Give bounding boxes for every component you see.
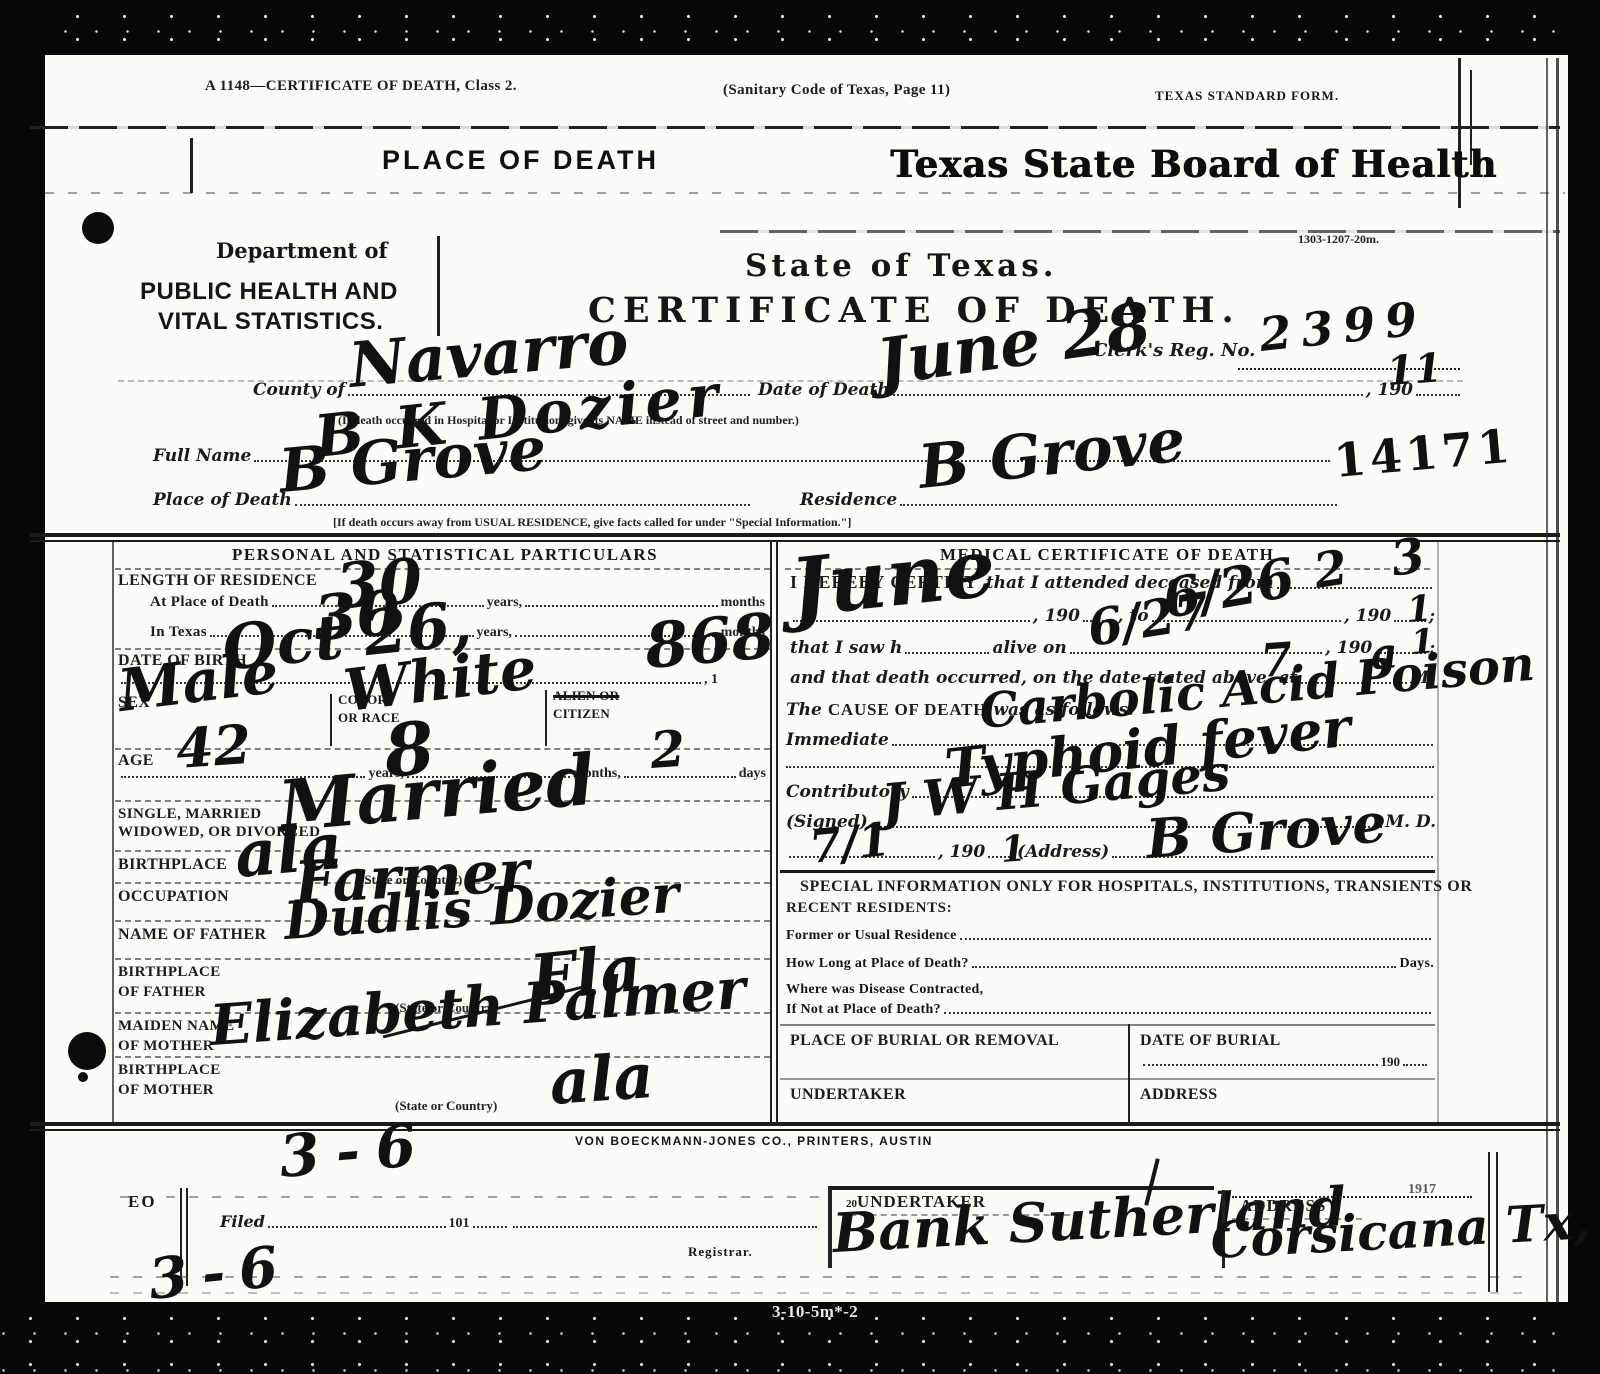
dotted-leader	[972, 964, 1397, 968]
address-col-label: ADDRESS	[1140, 1086, 1218, 1104]
cell-divider	[545, 690, 547, 746]
faint-line	[120, 1196, 820, 1198]
year-190-printed: , 190	[1344, 606, 1391, 626]
scan-edge-top	[0, 0, 1600, 55]
residence-label: Residence	[800, 490, 897, 510]
row-rule	[780, 1024, 1435, 1026]
department-line-2: PUBLIC HEALTH AND	[140, 278, 398, 306]
section-rule	[780, 870, 1435, 873]
year-190-printed: , 190	[938, 842, 985, 862]
year-suffix-handwriting: 1	[999, 830, 1027, 868]
usual-residence-note: [If death occurs away from USUAL RESIDEN…	[333, 515, 851, 530]
mother-bp-handwriting: ala	[548, 1045, 656, 1114]
month-handwriting: June	[787, 527, 999, 628]
days-label: days	[739, 766, 766, 782]
faint-line	[110, 1276, 1530, 1278]
printer-credit: VON BOECKMANN-JONES CO., PRINTERS, AUSTI…	[575, 1134, 933, 1148]
dotted-leader	[1143, 1062, 1378, 1066]
edge-rule-a	[1488, 1152, 1490, 1292]
in-texas-label: In Texas	[150, 624, 207, 641]
dotted-leader	[295, 502, 750, 506]
scan-edge-left	[0, 0, 45, 1310]
contracted-label-2: If Not at Place of Death?	[786, 1002, 941, 1018]
former-residence-label: Former or Usual Residence	[786, 928, 957, 944]
faint-line	[110, 1292, 1530, 1294]
death-year-handwriting: 11	[1385, 348, 1443, 392]
physician-address-handwriting: B Grove	[1144, 795, 1388, 866]
code-3-6-bottom-handwriting: 3-6	[146, 1237, 294, 1308]
dotted-leader	[1403, 1062, 1427, 1066]
burial-cell-divider	[1128, 1024, 1130, 1124]
table-right-edge	[1437, 540, 1439, 1125]
days-suffix-label: Days.	[1399, 956, 1434, 972]
code-3-6-top-handwriting: 3-6	[277, 1115, 434, 1186]
birthplace-label: BIRTHPLACE	[118, 856, 227, 874]
years-label: years,	[487, 595, 522, 611]
dotted-leader	[960, 936, 1431, 940]
father-name-label: NAME OF FATHER	[118, 926, 266, 944]
paper-crease-1	[1546, 58, 1548, 1303]
scratch-line-right	[720, 230, 1560, 233]
tick-mark	[190, 138, 193, 193]
dob-year-handwriting: 868	[643, 605, 777, 678]
alive-on-label: alive on	[992, 638, 1066, 658]
mother-bp-label-2: OF MOTHER	[118, 1082, 214, 1099]
special-info-line-2: RECENT RESIDENTS:	[786, 900, 952, 917]
dotted-leader	[513, 1224, 817, 1228]
table-left-edge	[112, 540, 114, 1125]
board-of-health-heading: Texas State Board of Health	[890, 142, 1497, 186]
contracted-label-1: Where was Disease Contracted,	[786, 982, 983, 998]
sign-date-handwriting: 7/1	[807, 816, 892, 870]
filed-label: Filed	[220, 1212, 265, 1231]
full-name-label: Full Name	[153, 446, 251, 466]
dotted-leader	[893, 392, 1363, 396]
address-label: (Address)	[1017, 842, 1109, 862]
scratch-line-top	[30, 126, 1560, 129]
father-bp-label-1: BIRTHPLACE	[118, 964, 221, 981]
age-years-handwriting: 42	[174, 717, 253, 776]
registrar-label: Registrar.	[688, 1244, 753, 1260]
cause-label-the: The	[786, 700, 822, 720]
form-number: A 1148—CERTIFICATE OF DEATH, Class 2.	[205, 78, 517, 95]
undertaker-col-label: UNDERTAKER	[790, 1086, 906, 1104]
special-info-line-1: SPECIAL INFORMATION ONLY FOR HOSPITALS, …	[800, 878, 1473, 896]
mother-name-label-2: OF MOTHER	[118, 1038, 214, 1055]
column-divider-b	[776, 540, 778, 1125]
hole-punch-top	[82, 212, 114, 244]
place-of-death-label: Place of Death	[153, 490, 292, 510]
cell-divider	[330, 694, 332, 746]
age-days-handwriting: 2	[649, 724, 687, 776]
father-bp-label-2: OF FATHER	[118, 984, 206, 1001]
sanitary-code-note: (Sanitary Code of Texas, Page 11)	[723, 82, 950, 99]
immediate-label: Immediate	[786, 730, 889, 750]
noise-line	[45, 192, 1565, 194]
cause-label-main: CAUSE OF DEATH	[828, 700, 988, 720]
dotted-leader	[473, 1224, 507, 1228]
hole-punch-bottom	[68, 1032, 106, 1070]
dotted-leader	[1416, 392, 1460, 396]
place-of-death-heading: PLACE OF DEATH	[382, 145, 659, 176]
county-label: County of	[253, 380, 345, 400]
dotted-leader	[900, 502, 1337, 506]
alien-or-label-struck: ALIEN OR	[553, 688, 619, 704]
dotted-leader	[905, 650, 989, 654]
md-label: M. D.	[1385, 812, 1436, 832]
scan-edge-right	[1568, 0, 1600, 1374]
length-of-residence-label: LENGTH OF RESIDENCE	[118, 572, 317, 590]
edge-rule-b	[1496, 1152, 1498, 1292]
mother-bp-label-1: BIRTHPLACE	[118, 1062, 221, 1079]
print-code: 1303-1207-20m.	[1298, 232, 1379, 247]
dotted-leader	[268, 1224, 446, 1228]
double-rule-bottom-b	[30, 1129, 1560, 1131]
ink-blot	[78, 1072, 88, 1082]
how-long-label: How Long at Place of Death?	[786, 956, 969, 972]
double-rule-top-a	[30, 533, 1560, 537]
sex-handwriting: Male	[115, 643, 282, 720]
filed-year: 101	[449, 1216, 470, 1232]
faint-year-fragment: 1917	[1408, 1182, 1436, 1198]
print-code-bottom: 3-10-5m*-2	[772, 1302, 858, 1322]
date-of-death-label: Date of Death	[758, 380, 890, 400]
burial-year-printed: 190	[1381, 1054, 1401, 1070]
state-title: State of Texas.	[745, 248, 1057, 284]
eo-mark: EO	[128, 1192, 157, 1212]
document-scan: A 1148—CERTIFICATE OF DEATH, Class 2. (S…	[0, 0, 1600, 1374]
citizen-label: CITIZEN	[553, 706, 610, 722]
paper-crease-2	[1556, 58, 1559, 1303]
burial-date-label: DATE OF BURIAL	[1140, 1032, 1281, 1050]
department-line-1: Department of	[216, 238, 388, 263]
saw-alive-label: that I saw h	[790, 638, 902, 658]
burial-place-label: PLACE OF BURIAL OR REMOVAL	[790, 1032, 1059, 1050]
personal-section-heading: PERSONAL AND STATISTICAL PARTICULARS	[232, 545, 658, 565]
dotted-leader	[944, 1010, 1431, 1014]
dashed-separator	[115, 568, 770, 570]
row-rule	[780, 1078, 1435, 1080]
occupation-label: OCCUPATION	[118, 888, 229, 906]
year-190-printed: , 190	[1033, 606, 1080, 626]
double-rule-bottom-a	[30, 1122, 1560, 1126]
standard-form-note: TEXAS STANDARD FORM.	[1155, 88, 1339, 104]
